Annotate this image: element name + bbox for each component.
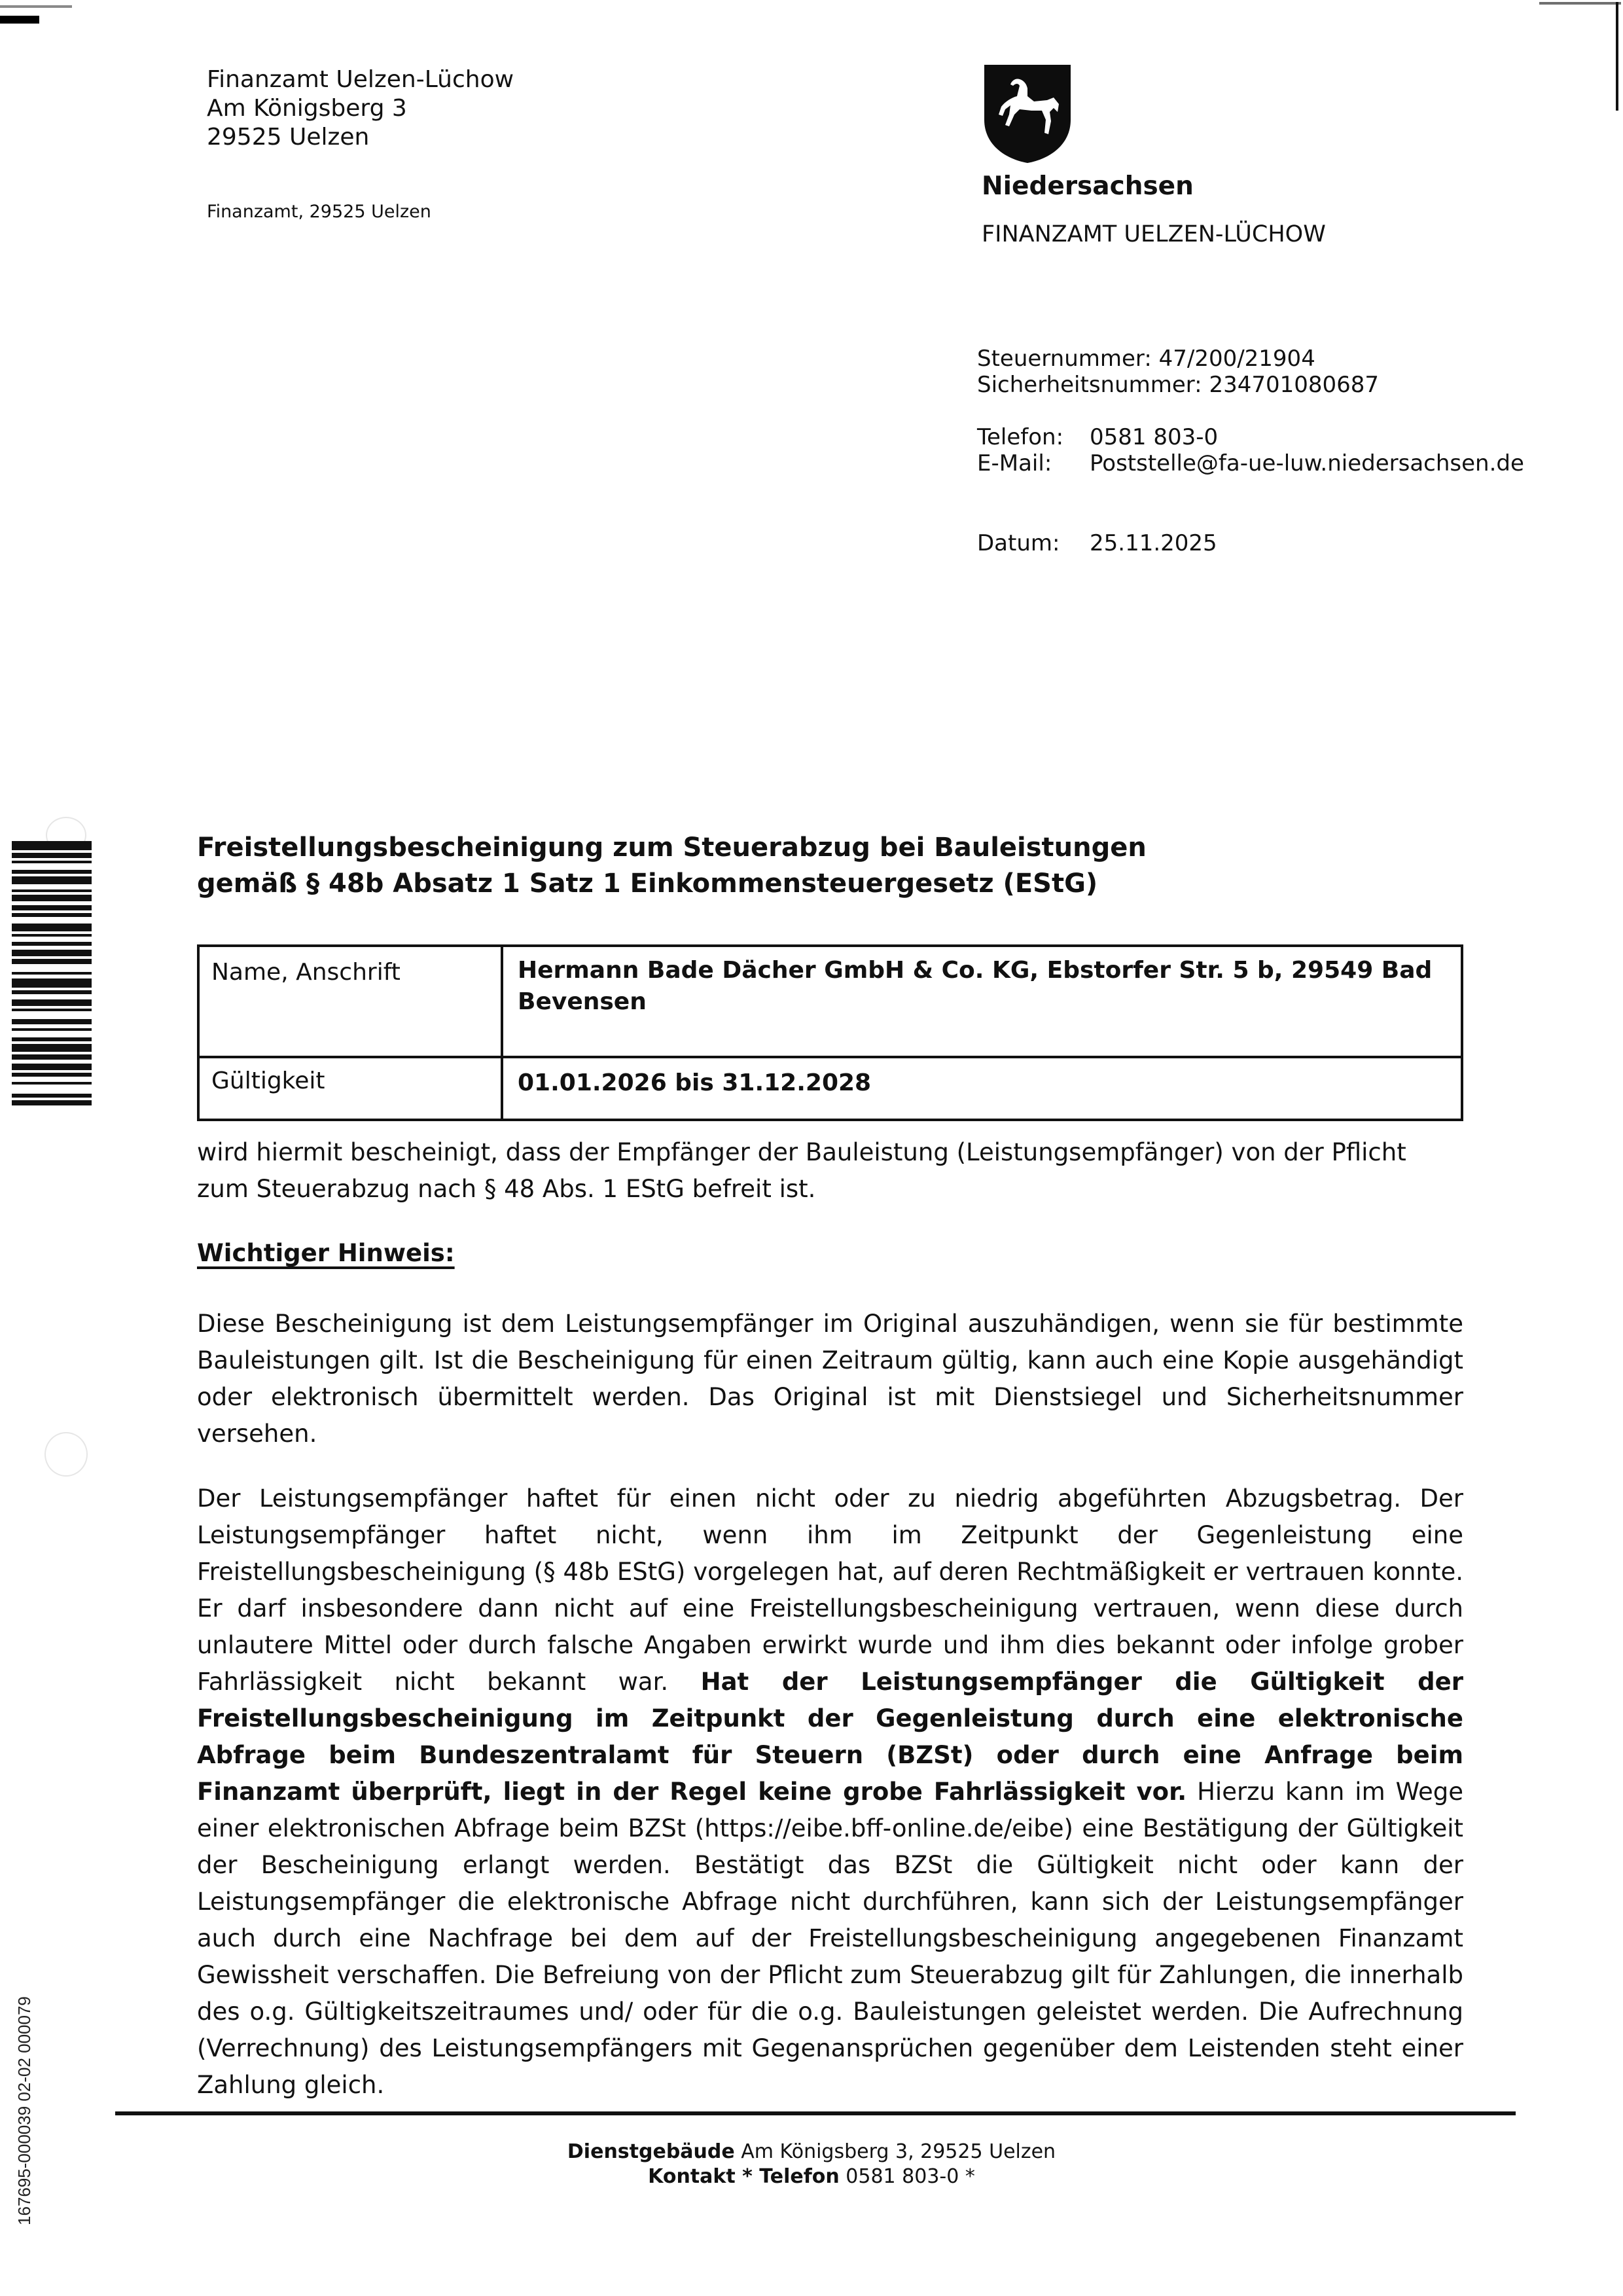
state-name: Niedersachsen	[982, 171, 1194, 201]
barcode-icon	[12, 841, 92, 1338]
fold-mark	[0, 16, 39, 24]
row-label: Name, Anschrift	[198, 946, 502, 1057]
table-row: Gültigkeit 01.01.2026 bis 31.12.2028	[198, 1057, 1462, 1120]
steuernummer-label: Steuernummer:	[977, 346, 1152, 372]
scan-corner-line	[1539, 2, 1621, 5]
footer-divider	[115, 2111, 1516, 2115]
document-title: Freistellungsbescheinigung zum Steuerabz…	[197, 830, 1147, 902]
title-line: Freistellungsbescheinigung zum Steuerabz…	[197, 830, 1147, 866]
email-label: E-Mail:	[977, 450, 1090, 476]
validity-period: 01.01.2026 bis 31.12.2028	[502, 1057, 1462, 1120]
title-line: gemäß § 48b Absatz 1 Satz 1 Einkommenste…	[197, 866, 1147, 902]
contact-info: Telefon:0581 803-0 E-Mail:Poststelle@fa-…	[977, 424, 1524, 476]
important-notice-heading: Wichtiger Hinweis:	[197, 1239, 455, 1267]
liability-text: Der Leistungsempfänger haftet für einen …	[197, 1484, 1463, 1696]
sicherheitsnummer-value: 234701080687	[1209, 372, 1379, 398]
notice-paragraph-liability: Der Leistungsempfänger haftet für einen …	[197, 1480, 1463, 2104]
scan-edge-line	[0, 5, 72, 8]
punch-hole	[45, 1432, 88, 1477]
scan-corner-line	[1616, 2, 1618, 111]
footer-label: Kontakt * Telefon	[648, 2165, 840, 2188]
return-address-line: Finanzamt, 29525 Uelzen	[207, 202, 431, 222]
office-name: FINANZAMT UELZEN-LÜCHOW	[982, 221, 1326, 247]
verification-text: Hierzu kann im Wege einer elektronischen…	[197, 1778, 1463, 2099]
footer-phone: 0581 803-0 *	[840, 2165, 975, 2188]
steuernummer-value: 47/200/21904	[1159, 346, 1315, 372]
table-row: Name, Anschrift Hermann Bade Dächer GmbH…	[198, 946, 1462, 1057]
date-info: Datum:25.11.2025	[977, 530, 1217, 556]
certificate-table: Name, Anschrift Hermann Bade Dächer GmbH…	[197, 944, 1463, 1121]
email-value[interactable]: Poststelle@fa-ue-luw.niedersachsen.de	[1090, 450, 1524, 476]
sender-address: Finanzamt Uelzen-Lüchow Am Königsberg 3 …	[207, 65, 514, 152]
sender-line: Finanzamt Uelzen-Lüchow	[207, 65, 514, 94]
sicherheitsnummer-label: Sicherheitsnummer:	[977, 372, 1202, 398]
footer-building: Dienstgebäude Am Königsberg 3, 29525 Uel…	[0, 2139, 1623, 2165]
telefon-value: 0581 803-0	[1090, 424, 1218, 450]
telefon-label: Telefon:	[977, 424, 1090, 450]
sender-line: Am Königsberg 3	[207, 94, 514, 123]
footer-label: Dienstgebäude	[567, 2140, 735, 2163]
tax-info: Steuernummer: 47/200/21904 Sicherheitsnu…	[977, 346, 1379, 398]
document-tracking-code: 167695-000039 02-02 000079	[14, 1996, 35, 2225]
notice-paragraph-original: Diese Bescheinigung ist dem Leistungsemp…	[197, 1306, 1463, 1452]
lower-saxony-horse-shield-icon	[982, 62, 1073, 164]
datum-value: 25.11.2025	[1090, 530, 1217, 556]
certification-statement: wird hiermit bescheinigt, dass der Empfä…	[197, 1134, 1463, 1208]
datum-label: Datum:	[977, 530, 1090, 556]
footer-contact: Kontakt * Telefon 0581 803-0 *	[0, 2164, 1623, 2190]
sender-line: 29525 Uelzen	[207, 123, 514, 152]
footer-address: Am Königsberg 3, 29525 Uelzen	[735, 2140, 1056, 2163]
recipient-name-address: Hermann Bade Dächer GmbH & Co. KG, Ebsto…	[502, 946, 1462, 1057]
row-label: Gültigkeit	[198, 1057, 502, 1120]
